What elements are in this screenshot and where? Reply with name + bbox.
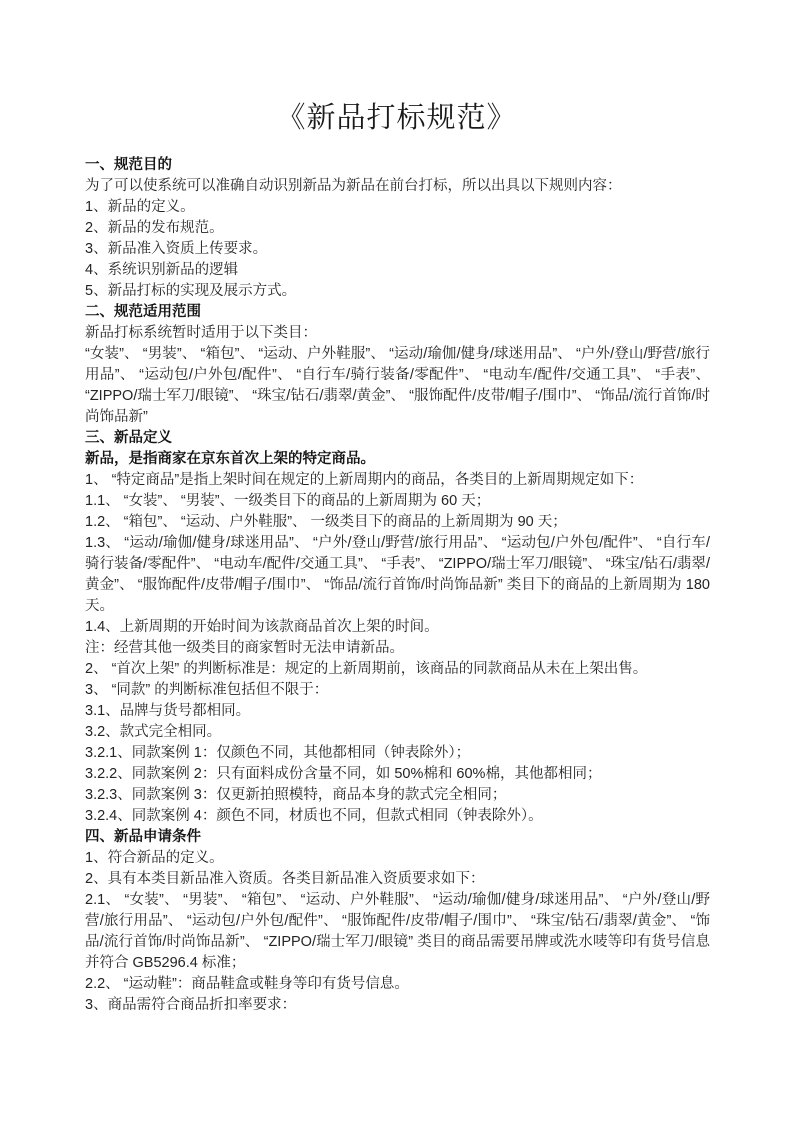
paragraph: 2.1、 “女装”、 “男装”、 “箱包”、 “运动、户外鞋服”、 “运动/瑜伽… — [85, 890, 710, 974]
paragraph: 3、 “同款” 的判断标准包括但不限于： — [85, 680, 710, 701]
paragraph: 1、符合新品的定义。 — [85, 848, 710, 869]
paragraph: 2、具有本类目新品准入资质。各类目新品准入资质要求如下： — [85, 869, 710, 890]
paragraph: 四、新品申请条件 — [85, 827, 710, 848]
paragraph: 新品，是指商家在京东首次上架的特定商品。 — [85, 449, 710, 470]
paragraph: 3、新品准入资质上传要求。 — [85, 239, 710, 260]
paragraph: 二、规范适用范围 — [85, 302, 710, 323]
document-body: 一、规范目的为了可以使系统可以准确自动识别新品为新品在前台打标，所以出具以下规则… — [85, 155, 710, 1016]
paragraph: 4、系统识别新品的逻辑 — [85, 260, 710, 281]
paragraph: 1、 “特定商品”是指上架时间在规定的上新周期内的商品，各类目的上新周期规定如下… — [85, 470, 710, 491]
paragraph: 2、 “首次上架” 的判断标准是：规定的上新周期前，该商品的同款商品从未在上架出… — [85, 659, 710, 680]
paragraph: 1.4、上新周期的开始时间为该款商品首次上架的时间。 — [85, 617, 710, 638]
paragraph: 3.2.2、同款案例 2：只有面料成份含量不同，如 50%棉和 60%棉，其他都… — [85, 764, 710, 785]
paragraph: 为了可以使系统可以准确自动识别新品为新品在前台打标，所以出具以下规则内容： — [85, 176, 710, 197]
paragraph: 2.2、 “运动鞋”：商品鞋盒或鞋身等印有货号信息。 — [85, 974, 710, 995]
paragraph: 1、新品的定义。 — [85, 197, 710, 218]
paragraph: 3.2、款式完全相同。 — [85, 722, 710, 743]
paragraph: 3.1、品牌与货号都相同。 — [85, 701, 710, 722]
paragraph: 1.3、 “运动/瑜伽/健身/球迷用品”、 “户外/登山/野营/旅行用品”、 “… — [85, 533, 710, 617]
paragraph: “女装”、 “男装”、 “箱包”、 “运动、户外鞋服”、 “运动/瑜伽/健身/球… — [85, 344, 710, 428]
paragraph: 3、商品需符合商品折扣率要求： — [85, 995, 710, 1016]
paragraph: 三、新品定义 — [85, 428, 710, 449]
paragraph: 3.2.4、同款案例 4：颜色不同，材质也不同，但款式相同（钟表除外）。 — [85, 806, 710, 827]
document-title: 《新品打标规范》 — [0, 98, 793, 138]
paragraph: 2、新品的发布规范。 — [85, 218, 710, 239]
paragraph: 5、新品打标的实现及展示方式。 — [85, 281, 710, 302]
paragraph: 1.1、 “女装”、 “男装”、一级类目下的商品的上新周期为 60 天； — [85, 491, 710, 512]
paragraph: 1.2、 “箱包”、 “运动、户外鞋服”、 一级类目下的商品的上新周期为 90 … — [85, 512, 710, 533]
paragraph: 一、规范目的 — [85, 155, 710, 176]
document-page: 《新品打标规范》 一、规范目的为了可以使系统可以准确自动识别新品为新品在前台打标… — [0, 0, 793, 1122]
paragraph: 3.2.1、同款案例 1：仅颜色不同，其他都相同（钟表除外）； — [85, 743, 710, 764]
paragraph: 3.2.3、同款案例 3：仅更新拍照模特，商品本身的款式完全相同； — [85, 785, 710, 806]
paragraph: 注：经营其他一级类目的商家暂时无法申请新品。 — [85, 638, 710, 659]
paragraph: 新品打标系统暂时适用于以下类目： — [85, 323, 710, 344]
